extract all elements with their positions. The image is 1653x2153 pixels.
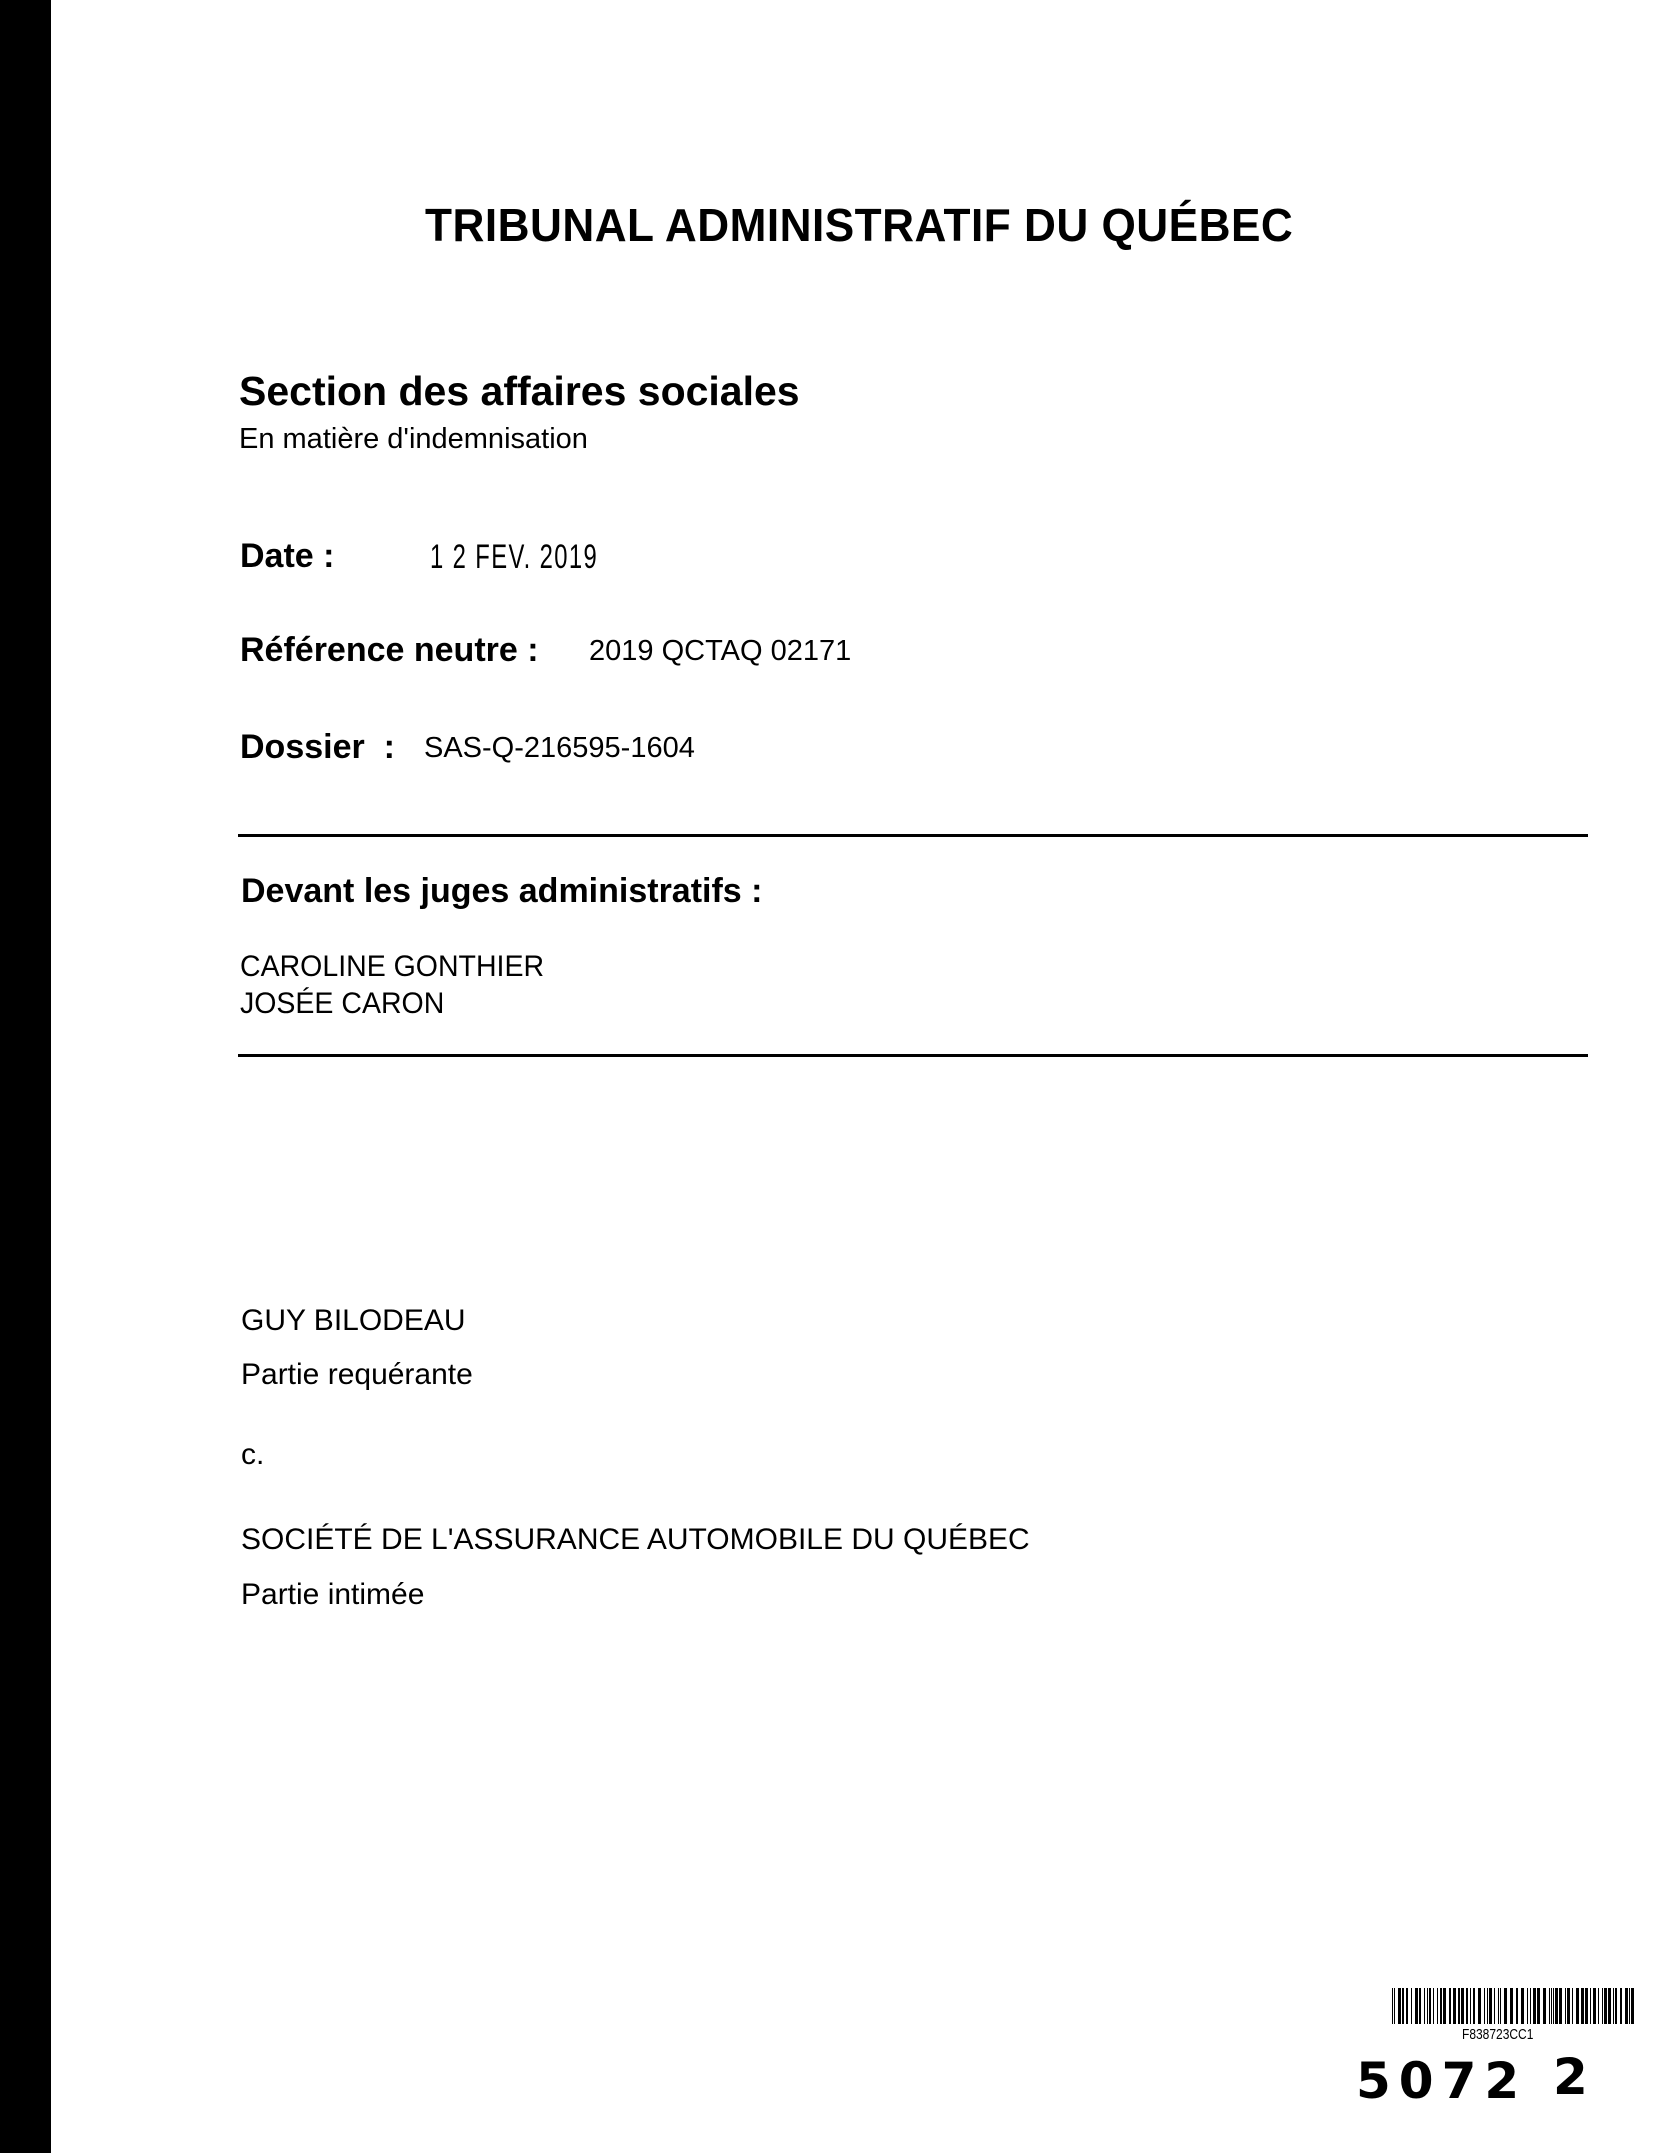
applicant-role: Partie requérante (241, 1358, 473, 1392)
applicant-name: GUY BILODEAU (241, 1304, 466, 1338)
stamp-suffix: 2 (1553, 2048, 1588, 2106)
respondent-role: Partie intimée (241, 1578, 424, 1612)
section-heading: Section des affaires sociales (239, 368, 800, 415)
barcode (1392, 1988, 1635, 2024)
barcode-text: F838723CC1 (1462, 2026, 1533, 2043)
respondent-name: SOCIÉTÉ DE L'ASSURANCE AUTOMOBILE DU QUÉ… (241, 1523, 1030, 1557)
date-stamp: 1 2 FEV. 2019 (430, 538, 598, 577)
document-title: TRIBUNAL ADMINISTRATIF DU QUÉBEC (425, 198, 1293, 252)
dossier-value: SAS-Q-216595-1604 (424, 732, 695, 765)
subsection-text: En matière d'indemnisation (239, 423, 588, 456)
divider-bottom (238, 1054, 1588, 1057)
versus-text: c. (241, 1438, 264, 1472)
divider-top (238, 834, 1588, 837)
dossier-label: Dossier : (240, 728, 395, 767)
reference-label: Référence neutre : (240, 631, 539, 670)
scan-border (0, 0, 51, 2153)
judges-heading: Devant les juges administratifs : (241, 872, 763, 911)
stamp-number: 5072 (1356, 2052, 1527, 2110)
reference-value: 2019 QCTAQ 02171 (589, 635, 851, 668)
judge-name: JOSÉE CARON (240, 987, 444, 1021)
date-label: Date : (240, 537, 334, 576)
judge-name: CAROLINE GONTHIER (240, 950, 544, 984)
